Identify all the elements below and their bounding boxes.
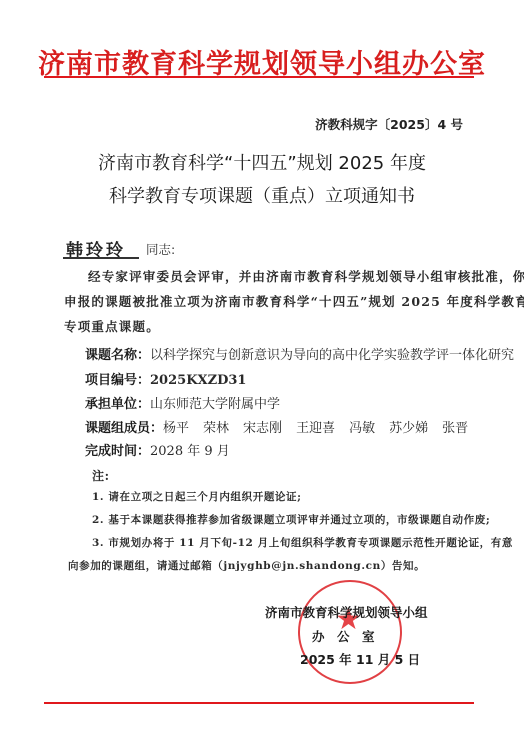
field-label: 项目编号： [85, 373, 150, 388]
field-project-number: 项目编号：2025KXZD31 [85, 369, 246, 388]
note-item-3-cont: 向参加的课题组，请通过邮箱（jnjyghb@jn.shandong.cn）告知。 [68, 558, 425, 573]
note-item-3: 3. 市规划办将于 11 月下旬-12 月上旬组织科学教育专项课题示范性开题论证… [92, 535, 513, 550]
field-completion: 完成时间：2028 年 9 月 [85, 440, 230, 459]
body-line-3: 专项重点课题。 [64, 317, 160, 335]
footer-divider [44, 702, 474, 704]
member-name: 冯敏 [349, 417, 375, 436]
addressee-suffix: 同志: [146, 240, 175, 258]
header-divider [44, 76, 474, 78]
member-name: 苏少娣 [389, 417, 428, 436]
field-label: 课题组成员： [85, 421, 163, 436]
field-label: 承担单位： [85, 397, 150, 412]
field-value: 2028 年 9 月 [150, 444, 230, 459]
body-line-1: 经专家评审委员会评审，并由济南市教育科学规划领导小组审核批准，你 [88, 267, 524, 285]
member-name: 宋志刚 [243, 417, 282, 436]
document-number: 济教科规字〔2025〕4 号 [315, 115, 463, 133]
field-value: 山东师范大学附属中学 [150, 397, 280, 412]
field-topic: 课题名称：以科学探究与创新意识为导向的高中化学实验教学评一体化研究 [85, 344, 514, 363]
signature-org: 济南市教育科学规划领导小组 [265, 603, 428, 621]
field-unit: 承担单位：山东师范大学附属中学 [85, 393, 280, 412]
note-item-1: 1. 请在立项之日起三个月内组织开题论证; [92, 489, 302, 504]
member-name: 张晋 [442, 417, 468, 436]
signature-office: 办 公 室 [312, 627, 375, 645]
body-line-2: 申报的课题被批准立项为济南市教育科学“十四五”规划 2025 年度科学教育 [64, 292, 524, 310]
note-item-2: 2. 基于本课题获得推荐参加省级课题立项评审并通过立项的，市级课题自动作废; [92, 512, 490, 527]
field-value: 2025KXZD31 [150, 373, 246, 388]
signature-date: 2025 年 11 月 5 日 [300, 650, 420, 668]
title-line-1: 济南市教育科学“十四五”规划 2025 年度 [0, 149, 524, 175]
member-name: 荣林 [203, 417, 229, 436]
field-members: 课题组成员：杨平荣林宋志刚王迎喜冯敏苏少娣张晋 [85, 417, 482, 436]
addressee-underline [63, 257, 139, 259]
field-value: 以科学探究与创新意识为导向的高中化学实验教学评一体化研究 [150, 348, 514, 363]
member-name: 杨平 [163, 417, 189, 436]
field-label: 课题名称： [85, 348, 150, 363]
member-name: 王迎喜 [296, 417, 335, 436]
title-line-2: 科学教育专项课题（重点）立项通知书 [0, 182, 524, 208]
notes-heading: 注: [92, 467, 110, 484]
field-label: 完成时间： [85, 444, 150, 459]
